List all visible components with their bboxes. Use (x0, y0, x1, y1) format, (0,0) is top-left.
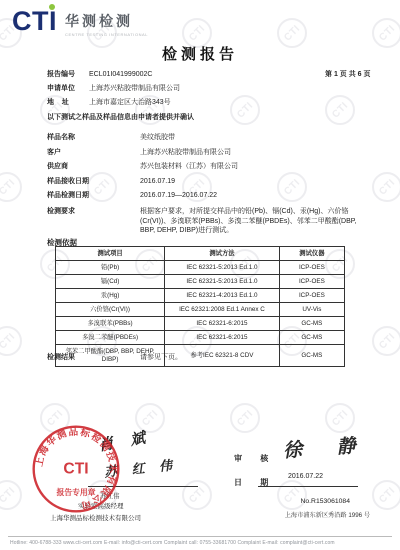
cell-instrument: GC-MS (279, 317, 344, 331)
page-indicator: 第 1 页 共 6 页 (325, 70, 400, 79)
cell-instrument: GC-MS (279, 331, 344, 345)
footer-divider (8, 536, 392, 537)
result-label: 检测结果 (47, 352, 140, 362)
applicant-label: 申请单位 (47, 84, 89, 93)
date-value: 2016.07.22 (288, 473, 323, 480)
stamp-center-text: CTI (63, 461, 88, 478)
cti-logo-text: CTI (12, 8, 57, 34)
cell-item: 六价铬(Cr(VI)) (56, 303, 165, 317)
cell-instrument: ICP-OES (279, 275, 344, 289)
cell-item: 多溴联苯(PBBs) (56, 317, 165, 331)
cell-item: 铅(Pb) (56, 261, 165, 275)
table-row: 多溴联苯(PBBs) IEC 62321-6:2015 GC-MS (56, 317, 345, 331)
test-date-value: 2016.07.19—2016.07.22 (140, 191, 367, 200)
footer-contact-info: Hotline: 400-6788-333 www.cti-cert.com E… (10, 540, 394, 546)
customer-value: 上海苏兴粘胶带制品有限公司 (140, 148, 367, 157)
cell-item: 多溴二苯醚(PBDEs) (56, 331, 165, 345)
col-header-item: 测试项目 (56, 247, 165, 261)
page-title: 检测报告 (0, 43, 400, 64)
logo-subtitle: CENTRE TESTING INTERNATIONAL (65, 32, 148, 37)
cell-method: IEC 62321-5:2013 Ed.1.0 (165, 275, 280, 289)
cell-method: IEC 62321:2008 Ed.1 Annex C (165, 303, 280, 317)
cell-method: IEC 62321-6:2015 (165, 331, 280, 345)
logo-chinese-name: 华测检测 (65, 11, 148, 31)
cell-instrument: ICP-OES (279, 261, 344, 275)
sample-name-value: 美纹纸胶带 (140, 133, 367, 142)
supplier-value: 苏兴包装材料（江苏）有限公司 (140, 162, 367, 171)
table-header-row: 测试项目 测试方法 测试仪器 (56, 247, 345, 261)
col-header-method: 测试方法 (165, 247, 280, 261)
result-value: 请参见下页。 (140, 352, 182, 362)
cell-method: IEC 62321-4:2013 Ed.1.0 (165, 289, 280, 303)
received-date-label: 样品接收日期 (47, 177, 140, 186)
requirement-label: 检测要求 (47, 207, 140, 236)
sample-row: 样品名称 美纹纸胶带 (47, 133, 367, 142)
stamp-subtitle-text: 报告专用章 (56, 487, 95, 497)
cti-logo: CTI 华测检测 CENTRE TESTING INTERNATIONAL (12, 8, 148, 37)
cell-instrument: UV-Vis (279, 303, 344, 317)
sample-row: 供应商 苏兴包装材料（江苏）有限公司 (47, 162, 367, 171)
cell-item: 镉(Cd) (56, 275, 165, 289)
report-info-block: 报告编号 ECL01I041999002C 第 1 页 共 6 页 申请单位 上… (47, 70, 367, 122)
sample-row: 样品接收日期 2016.07.19 (47, 177, 367, 186)
customer-label: 客户 (47, 148, 140, 157)
supplier-label: 供应商 (47, 162, 140, 171)
table-row: 多溴二苯醚(PBDEs) IEC 62321-6:2015 GC-MS (56, 331, 345, 345)
lab-address: 上海市浦东新区秀沿路 1996 号 (285, 510, 370, 519)
reviewer-label: 审 核 (234, 453, 276, 464)
report-no-label: 报告编号 (47, 70, 89, 79)
table-row: 镉(Cd) IEC 62321-5:2013 Ed.1.0 ICP-OES (56, 275, 345, 289)
certificate-number: No.R153061084 (300, 498, 350, 505)
sample-info-block: 样品名称 美纹纸胶带 客户 上海苏兴粘胶带制品有限公司 供应商 苏兴包装材料（江… (47, 133, 367, 236)
cti-logo-letters: CTI (12, 6, 57, 36)
table-row: 汞(Hg) IEC 62321-4:2013 Ed.1.0 ICP-OES (56, 289, 345, 303)
sample-row: 样品检测日期 2016.07.19—2016.07.22 (47, 191, 367, 200)
test-date-label: 样品检测日期 (47, 191, 140, 200)
requirement-text: 根据客户要求，对所提交样品中的铅(Pb)、镉(Cd)、汞(Hg)、六价铬(Cr(… (140, 207, 367, 236)
table-row: 六价铬(Cr(VI)) IEC 62321:2008 Ed.1 Annex C … (56, 303, 345, 317)
cell-item: 汞(Hg) (56, 289, 165, 303)
report-stamp: 上海华测品标检测技术有限公司 CTI 报告专用章 (30, 423, 122, 515)
confirmation-note: 以下测试之样品及样品信息由申请者提供并确认 (47, 112, 367, 122)
address-label: 地 址 (47, 98, 89, 107)
cell-method: IEC 62321-6:2015 (165, 317, 280, 331)
received-date-value: 2016.07.19 (140, 177, 367, 186)
cell-instrument: ICP-OES (279, 289, 344, 303)
sample-row: 客户 上海苏兴粘胶带制品有限公司 (47, 148, 367, 157)
sample-name-label: 样品名称 (47, 133, 140, 142)
reviewer-signature: 徐 静 (282, 430, 370, 463)
col-header-instrument: 测试仪器 (279, 247, 344, 261)
date-line (258, 486, 358, 487)
applicant-value: 上海苏兴粘胶带制品有限公司 (89, 84, 367, 93)
test-basis-table: 测试项目 测试方法 测试仪器 铅(Pb) IEC 62321-5:2013 Ed… (55, 246, 345, 367)
address-value: 上海市嘉定区大治路343号 (89, 98, 367, 107)
table-row: 铅(Pb) IEC 62321-5:2013 Ed.1.0 ICP-OES (56, 261, 345, 275)
logo-green-dot-icon (49, 4, 55, 10)
report-page: CTICTICTICTICTICTICTICTICTICTICTICTICTIC… (0, 0, 400, 550)
cell-method: IEC 62321-5:2013 Ed.1.0 (165, 261, 280, 275)
